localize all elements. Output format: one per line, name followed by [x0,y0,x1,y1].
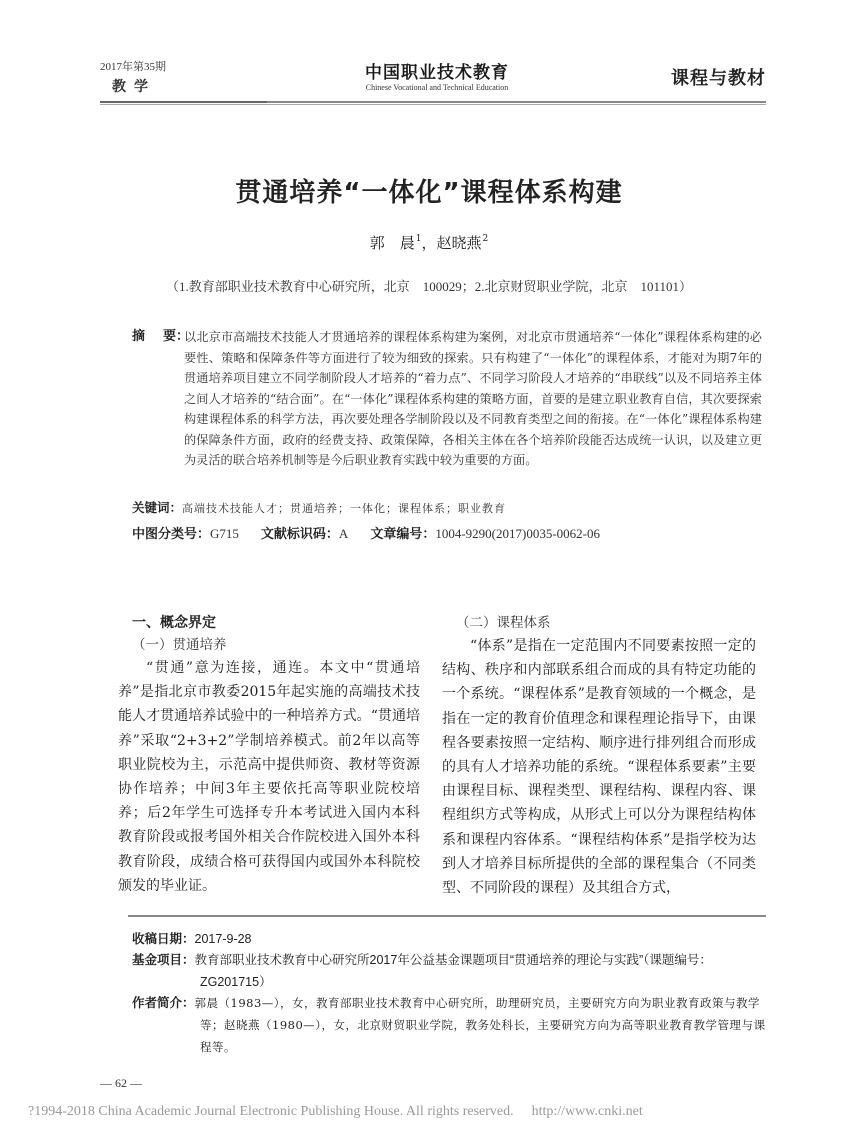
footnote-divider [128,915,766,917]
body-column-right: （二）课程体系 “体系”是指在一定范围内不同要素按照一定的结构、秩序和内部联系组… [442,612,756,900]
article-id-label: 文章编号： [370,527,435,542]
affiliations: （1.教育部职业技术教育中心研究所，北京 100029；2.北京财贸职业学院，北… [0,276,858,295]
clc-label: 中图分类号： [132,527,210,542]
journal-title-cn: 中国职业技术教育 [352,58,522,83]
subsection-heading: （一）贯通培养 [132,634,420,656]
author-name: 赵晓燕 [437,234,482,252]
keywords-label: 关键词： [132,500,182,515]
copyright-text: ?1994-2018 China Academic Journal Electr… [28,1104,514,1119]
author-affil-marker: 2 [483,234,489,244]
fund-project: 基金项目：教育部职业技术教育中心研究所2017年公益基金课题项目“贯通培养的理论… [132,949,766,993]
header-divider [100,101,766,105]
subsection-heading: （二）课程体系 [456,612,756,634]
received-date: 收稿日期：2017-9-28 [132,928,766,950]
issue-label: 2017年第35期 [100,58,166,74]
clc-value: G715 [210,526,239,541]
cnki-link[interactable]: http://www.cnki.net [532,1104,643,1119]
author-name: 郭 晨 [370,234,415,252]
running-header: 2017年第35期 教学 中国职业技术教育 Chinese Vocational… [100,56,766,102]
journal-title-en: Chinese Vocational and Technical Educati… [340,83,534,92]
author-bio: 作者简介：郭晨（1983—），女，教育部职业技术教育中心研究所，助理研究员，主要… [132,992,766,1058]
page-number: — 62 — [100,1076,142,1091]
article-id-value: 1004-9290(2017)0035-0062-06 [435,526,600,541]
doc-code-label: 文献标识码： [261,527,339,542]
keywords-value: 高端技术技能人才；贯通培养；一体化；课程体系；职业教育 [182,503,506,515]
abstract-label: 摘要： [132,327,189,348]
classification-line: 中图分类号：G715文献标识码：A文章编号：1004-9290(2017)003… [132,523,772,542]
author-line: 郭 晨1，赵晓燕2 [0,232,858,253]
abstract-text: 以北京市高端技术技能人才贯通培养的课程体系构建为案例，对北京市贯通培养“一体化”… [184,327,762,471]
doc-code-value: A [339,526,348,541]
article-title: 贯通培养“一体化”课程体系构建 [0,172,858,209]
section-heading: 一、概念界定 [132,612,420,634]
body-column-left: 一、概念界定 （一）贯通培养 “贯通”意为连接，通连。本文中“贯通培养”是指北京… [118,612,420,898]
abstract: 摘要： 以北京市高端技术技能人才贯通培养的课程体系构建为案例，对北京市贯通培养“… [132,327,762,471]
body-paragraph: “贯通”意为连接，通连。本文中“贯通培养”是指北京市教委2015年起实施的高端技… [118,656,420,898]
column-label: 课程与教材 [671,64,766,90]
body-paragraph: “体系”是指在一定范围内不同要素按照一定的结构、秩序和内部联系组合而成的具有特定… [442,634,756,900]
author-separator: ， [421,234,436,252]
copyright-line: ?1994-2018 China Academic Journal Electr… [28,1104,643,1120]
keywords: 关键词：高端技术技能人才；贯通培养；一体化；课程体系；职业教育 [132,498,772,516]
section-label: 教学 [112,76,156,96]
